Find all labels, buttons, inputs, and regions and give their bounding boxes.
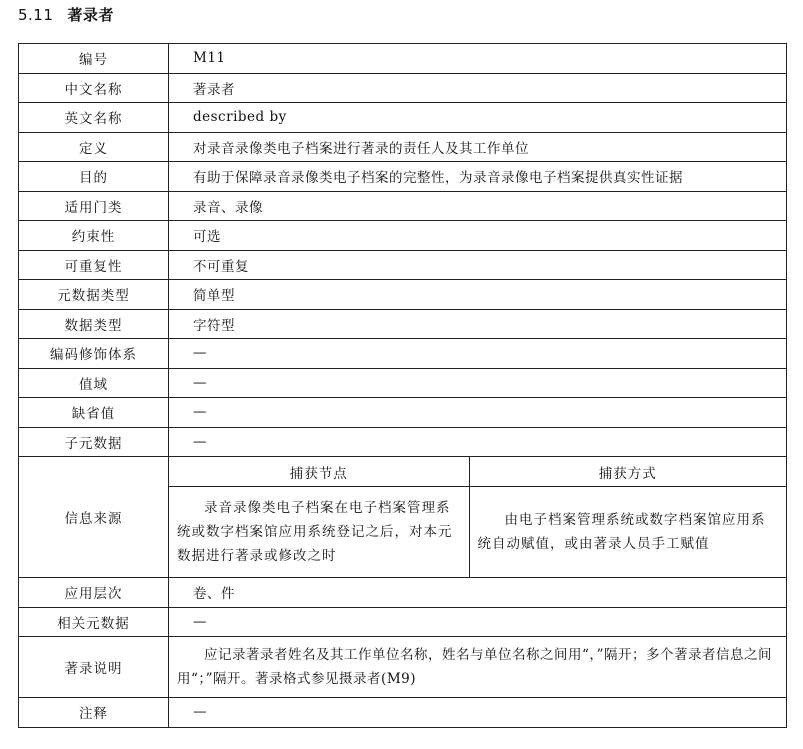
row-value: — — [169, 607, 787, 637]
row-value: 字符型 — [169, 309, 787, 339]
row-value: M11 — [169, 44, 787, 74]
row-repeatability: 可重复性不可重复 — [19, 250, 787, 280]
row-label: 应用层次 — [19, 578, 169, 608]
row-value: described by — [169, 103, 787, 133]
row-description: 著录说明应记录著录者姓名及其工作单位名称，姓名与单位名称之间用“，”隔开；多个著… — [19, 637, 787, 698]
info-source-subtable: 捕获节点 捕获方式 录音录像类电子档案在电子档案管理系统或数字档案馆应用系统登记… — [169, 457, 786, 577]
row-encoding-scheme: 编码修饰体系— — [19, 339, 787, 369]
row-label: 缺省值 — [19, 398, 169, 428]
row-id: 编号M11 — [19, 44, 787, 74]
row-label: 元数据类型 — [19, 280, 169, 310]
row-value: 著录者 — [169, 73, 787, 103]
row-value: 对录音录像类电子档案进行著录的责任人及其工作单位 — [169, 132, 787, 162]
section-number: 5.11 — [18, 6, 53, 24]
row-label: 信息来源 — [19, 457, 169, 578]
section-heading: 5.11著录者 — [18, 4, 114, 25]
row-applicable-category: 适用门类录音、录像 — [19, 191, 787, 221]
row-chinese-name: 中文名称著录者 — [19, 73, 787, 103]
row-label: 定义 — [19, 132, 169, 162]
capture-method-value: 由电子档案管理系统或数字档案馆应用系统自动赋值，或由著录人员手工赋值 — [469, 487, 786, 578]
metadata-table: 编号M11 中文名称著录者 英文名称described by 定义对录音录像类电… — [18, 43, 787, 728]
row-label: 目的 — [19, 162, 169, 192]
row-label: 编号 — [19, 44, 169, 74]
row-purpose: 目的有助于保障录音录像类电子档案的完整性，为录音录像电子档案提供真实性证据 — [19, 162, 787, 192]
row-constraint: 约束性可选 — [19, 221, 787, 251]
row-label: 相关元数据 — [19, 607, 169, 637]
row-metadata-type: 元数据类型简单型 — [19, 280, 787, 310]
row-value: 可选 — [169, 221, 787, 251]
row-value: 简单型 — [169, 280, 787, 310]
row-data-type: 数据类型字符型 — [19, 309, 787, 339]
row-default-value: 缺省值— — [19, 398, 787, 428]
row-value: — — [169, 427, 787, 457]
row-label: 适用门类 — [19, 191, 169, 221]
row-value-domain: 值域— — [19, 368, 787, 398]
row-value: 卷、件 — [169, 578, 787, 608]
row-value: — — [169, 398, 787, 428]
row-label: 数据类型 — [19, 309, 169, 339]
row-value: — — [169, 368, 787, 398]
row-note: 注释— — [19, 698, 787, 728]
section-title: 著录者 — [67, 6, 114, 24]
row-related-metadata: 相关元数据— — [19, 607, 787, 637]
row-value: — — [169, 698, 787, 728]
capture-node-value: 录音录像类电子档案在电子档案管理系统或数字档案馆应用系统登记之后，对本元数据进行… — [169, 487, 469, 578]
row-value: 应记录著录者姓名及其工作单位名称，姓名与单位名称之间用“，”隔开；多个著录者信息… — [169, 637, 787, 698]
row-label: 注释 — [19, 698, 169, 728]
capture-node-header: 捕获节点 — [169, 457, 469, 487]
row-value: 录音、录像 — [169, 191, 787, 221]
info-source-cell: 捕获节点 捕获方式 录音录像类电子档案在电子档案管理系统或数字档案馆应用系统登记… — [169, 457, 787, 578]
row-label: 著录说明 — [19, 637, 169, 698]
row-info-source: 信息来源 捕获节点 捕获方式 录音录像类电子档案在电子档案管理系统或数字档案馆应… — [19, 457, 787, 578]
row-label: 英文名称 — [19, 103, 169, 133]
row-english-name: 英文名称described by — [19, 103, 787, 133]
row-application-level: 应用层次卷、件 — [19, 578, 787, 608]
row-label: 中文名称 — [19, 73, 169, 103]
capture-method-header: 捕获方式 — [469, 457, 786, 487]
row-label: 编码修饰体系 — [19, 339, 169, 369]
row-label: 约束性 — [19, 221, 169, 251]
row-definition: 定义对录音录像类电子档案进行著录的责任人及其工作单位 — [19, 132, 787, 162]
row-value: 不可重复 — [169, 250, 787, 280]
row-sub-metadata: 子元数据— — [19, 427, 787, 457]
row-value: 有助于保障录音录像类电子档案的完整性，为录音录像电子档案提供真实性证据 — [169, 162, 787, 192]
row-label: 可重复性 — [19, 250, 169, 280]
row-label: 值域 — [19, 368, 169, 398]
row-value: — — [169, 339, 787, 369]
row-label: 子元数据 — [19, 427, 169, 457]
